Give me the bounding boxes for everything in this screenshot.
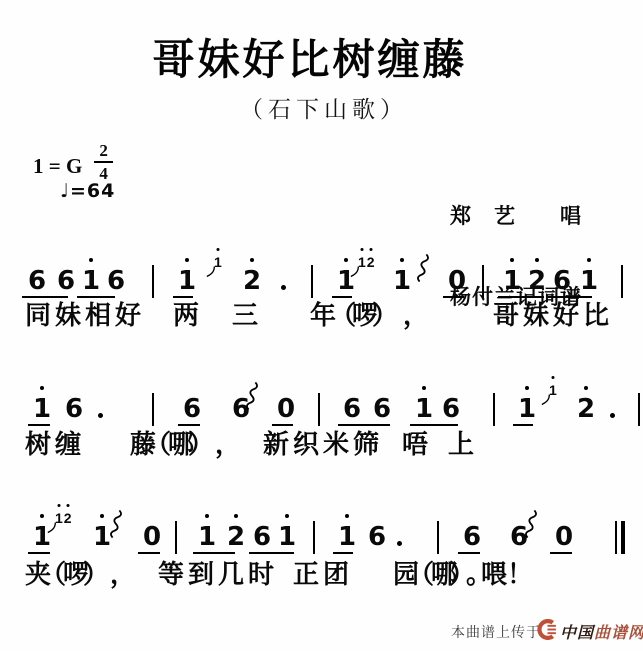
score-area: 6616112112101261同妹相好两三年（啰），哥妹好比166606616… <box>0 0 643 651</box>
beam-underline <box>138 552 160 554</box>
grace-hook <box>47 521 57 534</box>
lyric-char: 织 <box>293 431 319 460</box>
lyric-char: 缠 <box>55 431 81 460</box>
barline <box>493 393 495 426</box>
note: 6 <box>183 396 201 422</box>
lyric-char: 比 <box>583 302 609 331</box>
octave-dot <box>587 258 591 262</box>
footer-watermark: 本曲谱上传于 中国曲谱网 <box>0 617 643 645</box>
octave-dot <box>510 258 514 262</box>
beam-underline <box>22 296 68 298</box>
lyric-char: 唔 <box>402 431 428 460</box>
note: 1 <box>178 268 196 294</box>
slide-down-mark <box>524 509 538 539</box>
lyric-char: 同 <box>25 302 51 331</box>
note: 2 <box>243 268 261 294</box>
beam-underline <box>28 552 50 554</box>
lyric-char: ， <box>110 561 136 590</box>
beam-underline <box>458 552 480 554</box>
beam-underline <box>548 296 592 298</box>
lyric-char: 好 <box>553 302 579 331</box>
barline <box>313 521 315 554</box>
lyric-char: ， <box>403 302 429 331</box>
beam-underline <box>498 296 544 298</box>
beam-underline <box>28 424 50 426</box>
lyric-char: ， <box>215 431 241 460</box>
beam-underline <box>550 552 572 554</box>
lyric-char: 米 <box>323 431 349 460</box>
beam-underline <box>443 296 464 298</box>
note: 1 <box>393 268 411 294</box>
octave-dot <box>40 514 44 518</box>
grace-note: 1 <box>214 254 223 272</box>
final-barline-thick <box>621 521 625 554</box>
barline <box>311 265 313 298</box>
beam-underline <box>272 424 293 426</box>
note: 6 <box>28 268 46 294</box>
barline <box>638 393 640 426</box>
lyric-char: ） <box>188 431 214 460</box>
lyric-char: 树 <box>25 431 51 460</box>
note: 6 <box>57 268 75 294</box>
rest-note: 0 <box>448 268 466 294</box>
octave-dot <box>250 258 254 262</box>
beam-underline <box>178 424 200 426</box>
grace-hook <box>206 265 216 278</box>
rest-note: 0 <box>555 524 573 550</box>
grace-note: 12 <box>358 254 376 272</box>
octave-dot <box>551 376 554 379</box>
site-name-prefix: 中国 <box>560 625 594 642</box>
site-name: 中国曲谱网 <box>560 620 643 643</box>
barline <box>482 265 484 298</box>
lyric-char: 到 <box>188 561 214 590</box>
note: 6 <box>463 524 481 550</box>
note: 6 <box>442 396 460 422</box>
note: 6 <box>65 396 83 422</box>
beam-underline <box>332 296 352 298</box>
octave-dot <box>344 258 348 262</box>
beam-underline <box>410 424 458 426</box>
note: 2 <box>577 396 595 422</box>
lyric-char: 妹 <box>523 302 549 331</box>
octave-dot <box>66 504 69 507</box>
octave-dot <box>205 514 209 518</box>
rest-note: 0 <box>143 524 161 550</box>
octave-dot <box>369 248 372 251</box>
site-logo-icon <box>537 619 558 640</box>
beam-underline <box>338 424 390 426</box>
rest-note: 0 <box>277 396 295 422</box>
note: 1 <box>415 396 433 422</box>
octave-dot <box>285 514 289 518</box>
note: 1 <box>518 396 536 422</box>
octave-dot <box>525 386 529 390</box>
grace-hook <box>541 393 551 406</box>
grace-note: 12 <box>55 510 73 528</box>
octave-dot <box>40 386 44 390</box>
lyric-char: 新 <box>263 431 289 460</box>
upload-note: 本曲谱上传于 <box>451 622 541 642</box>
octave-dot <box>185 258 189 262</box>
lyric-char: 正 <box>293 561 319 590</box>
note: 2 <box>528 268 546 294</box>
note: 1 <box>580 268 598 294</box>
octave-dot <box>422 386 426 390</box>
barline <box>437 521 439 554</box>
octave-dot <box>234 514 238 518</box>
lyric-char: 几 <box>218 561 244 590</box>
note: 6 <box>343 396 361 422</box>
octave-dot <box>535 258 539 262</box>
augmentation-dot <box>281 285 286 290</box>
lyric-char: 筛 <box>353 431 379 460</box>
octave-dot <box>89 258 93 262</box>
note: 1 <box>338 524 356 550</box>
note: 1 <box>82 268 100 294</box>
slide-down-mark <box>416 253 430 283</box>
lyric-char: 等 <box>158 561 184 590</box>
octave-dot <box>400 258 404 262</box>
grace-digit: 2 <box>64 510 72 526</box>
sheet-music-page: 哥妹好比树缠藤 （石下山歌） 1 = G24 ♩=64 郑 艺 唱 杨付兰记词谱… <box>0 0 643 651</box>
lyric-char: 好 <box>115 302 141 331</box>
barline <box>175 521 177 554</box>
note: 1 <box>503 268 521 294</box>
lyric-char: 团 <box>323 561 349 590</box>
lyric-char: 上 <box>448 431 474 460</box>
lyric-char: 相 <box>85 302 111 331</box>
octave-dot <box>57 504 60 507</box>
note: 6 <box>253 524 271 550</box>
beam-underline <box>333 552 353 554</box>
beam-underline <box>513 424 533 426</box>
lyric-char: 两 <box>173 302 199 331</box>
grace-digit: 2 <box>367 254 375 270</box>
beam-underline <box>193 552 235 554</box>
final-barline-thin <box>615 521 617 554</box>
grace-note: 1 <box>549 382 558 400</box>
grace-hook <box>350 265 360 278</box>
note: 6 <box>107 268 125 294</box>
lyric-char: ） <box>83 561 109 590</box>
beam-underline <box>249 552 294 554</box>
lyric-char: 喂 <box>481 561 507 590</box>
lyric-char: 哥 <box>493 302 519 331</box>
slide-down-mark <box>245 381 259 411</box>
site-name-suffix: 曲谱网 <box>594 625 643 642</box>
lyric-char: 时 <box>248 561 274 590</box>
octave-dot <box>100 514 104 518</box>
barline <box>152 393 154 426</box>
note: 1 <box>33 396 51 422</box>
lyric-char: ！ <box>507 561 533 590</box>
octave-dot <box>345 514 349 518</box>
augmentation-dot <box>610 413 615 418</box>
slide-down-mark <box>109 509 123 539</box>
octave-dot <box>216 248 219 251</box>
octave-dot <box>584 386 588 390</box>
note: 1 <box>198 524 216 550</box>
octave-dot <box>360 248 363 251</box>
note: 1 <box>278 524 296 550</box>
beam-underline <box>173 296 193 298</box>
lyric-char: ） <box>372 302 398 331</box>
note: 6 <box>373 396 391 422</box>
note: 6 <box>553 268 571 294</box>
lyric-char: 妹 <box>55 302 81 331</box>
augmentation-dot <box>397 541 402 546</box>
note: 6 <box>368 524 386 550</box>
beam-underline <box>77 296 115 298</box>
barline <box>318 393 320 426</box>
augmentation-dot <box>98 413 103 418</box>
note: 2 <box>227 524 245 550</box>
barline <box>621 265 623 298</box>
lyric-char: 三 <box>232 302 258 331</box>
barline <box>152 265 154 298</box>
